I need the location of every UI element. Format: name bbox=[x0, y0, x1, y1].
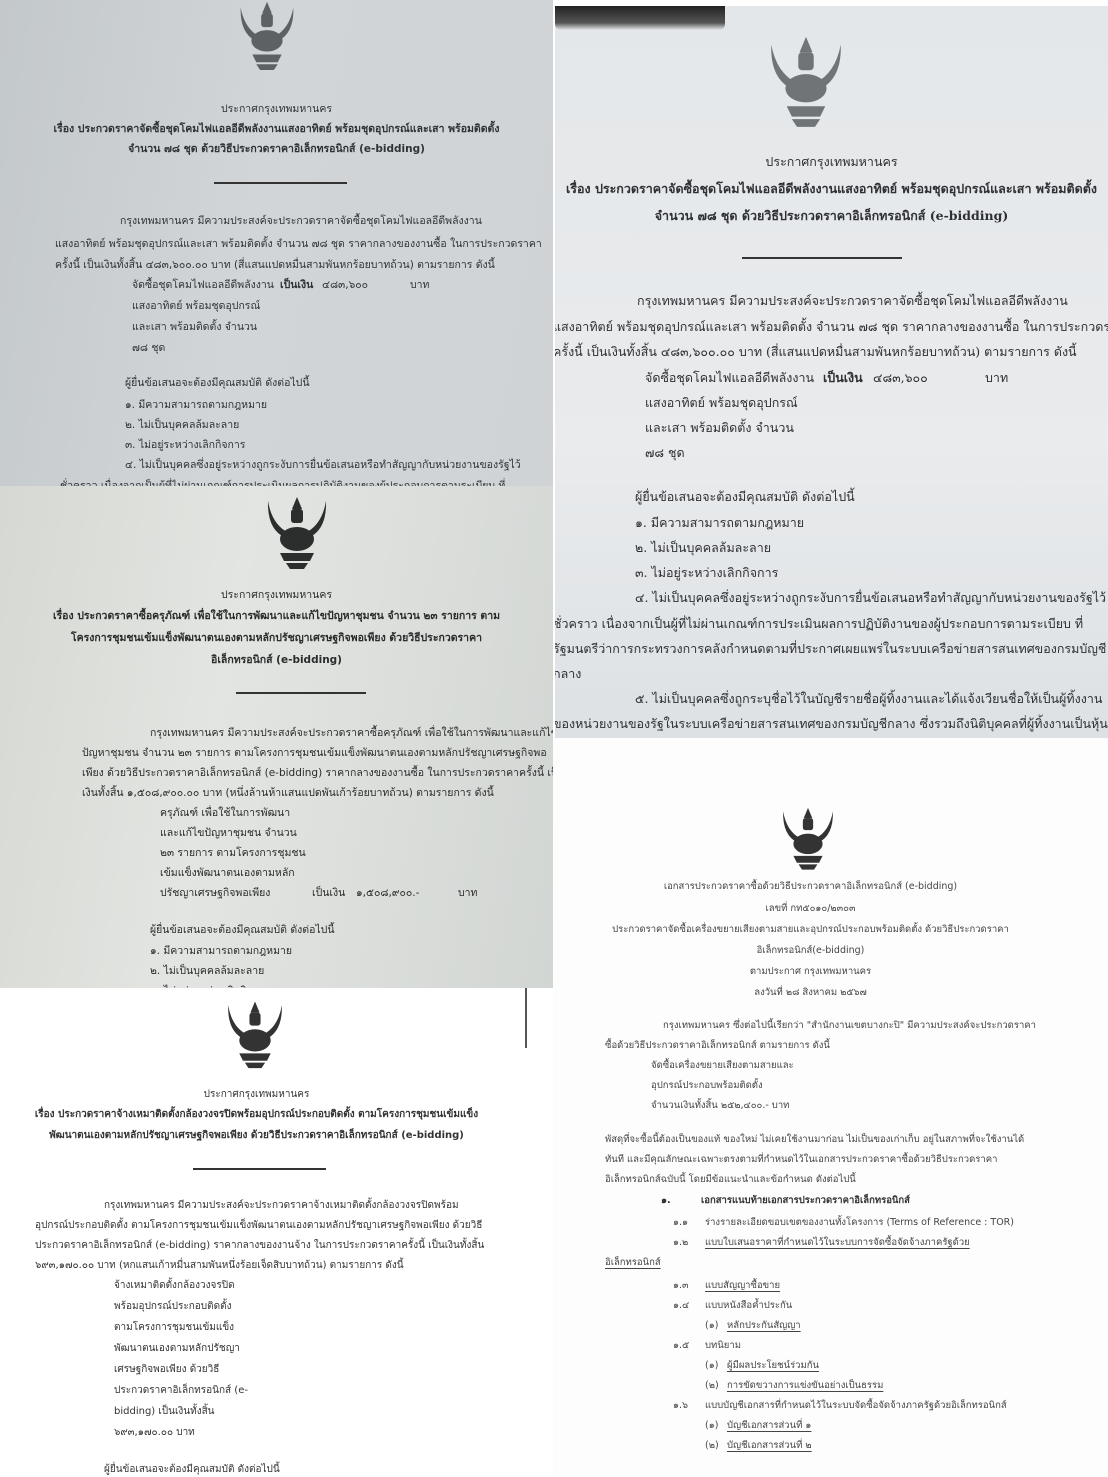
item-line: เข้มแข็งพัฒนาตนเองตามหลัก bbox=[160, 864, 295, 881]
subject-line: อิเล็กทรอนิกส์ (e-bidding) bbox=[0, 651, 553, 668]
divider bbox=[193, 1168, 326, 1170]
item-line: แสงอาทิตย์ พร้อมชุดอุปกรณ์ bbox=[645, 393, 798, 413]
item-line: จ้างเหมาติดตั้งกล้องวงจรปิด bbox=[114, 1278, 235, 1293]
qualification-item: กลาง bbox=[555, 664, 581, 684]
amount-label: เป็นเงิน bbox=[823, 368, 863, 388]
qualification-heading: ผู้ยื่นข้อเสนอจะต้องมีคุณสมบัติ ดังต่อไป… bbox=[125, 374, 310, 391]
announcement-title: ประกาศกรุงเทพมหานคร bbox=[0, 586, 553, 603]
section-number: ๑. bbox=[661, 1193, 671, 1208]
divider bbox=[214, 182, 347, 184]
body-line: กรุงเทพมหานคร มีความประสงค์จะประกวดราคาจ… bbox=[120, 212, 482, 229]
toc-number: ๑.๓ bbox=[673, 1278, 689, 1293]
document-date: ลงวันที่ ๒๘ สิงหาคม ๒๕๖๗ bbox=[553, 985, 1088, 1000]
document-header-title: เอกสารประกวดราคาซื้อด้วยวิธีประกวดราคาอิ… bbox=[553, 879, 1088, 894]
toc-number: ๑.๖ bbox=[673, 1398, 688, 1413]
item-line: และเสา พร้อมติดตั้ง จำนวน bbox=[645, 418, 794, 438]
total-amount: จำนวนเงินทั้งสิ้น ๒๕๒,๔๐๐.- บาท bbox=[651, 1098, 789, 1113]
qualification-item: รัฐมนตรีว่าการกระทรวงการคลังกำหนดตามที่ป… bbox=[555, 639, 1106, 659]
item-line: ตามโครงการชุมชนเข้มแข็ง bbox=[114, 1320, 234, 1335]
paragraph-line: พัสดุที่จะซื้อนี้ต้องเป็นของแท้ ของใหม่ … bbox=[605, 1132, 1024, 1147]
amount-value: ๔๘๓,๖๐๐ bbox=[873, 368, 928, 388]
document-subject: อิเล็กทรอนิกส์(e-bidding) bbox=[553, 943, 1088, 958]
item-line: ๖๙๓,๑๗๐.๐๐ บาท bbox=[114, 1425, 195, 1440]
document-subject: ประกวดราคาจัดซื้อเครื่องขยายเสียงตามสายแ… bbox=[553, 922, 1088, 937]
item-line: จัดซื้อชุดโคมไฟแอลอีดีพลังงาน bbox=[645, 368, 814, 388]
garuda-emblem-icon bbox=[232, 0, 302, 72]
toc-item: หลักประกันสัญญา bbox=[727, 1318, 801, 1333]
document-photo-solar-lamp-2: ประกาศกรุงเทพมหานคร เรื่อง ประกวดราคาจัด… bbox=[555, 6, 1108, 738]
garuda-emblem-icon bbox=[220, 996, 290, 1070]
body-line: ประกวดราคาอิเล็กทรอนิกส์ (e-bidding) ราค… bbox=[35, 1238, 484, 1253]
toc-item: อิเล็กทรอนิกส์ bbox=[605, 1255, 661, 1270]
subject-line: พัฒนาตนเองตามหลักปรัชญาเศรษฐกิจพอเพียง ด… bbox=[0, 1128, 533, 1143]
item-line: จัดซื้อเครื่องขยายเสียงตามสายและ bbox=[651, 1058, 794, 1073]
body-line: กรุงเทพมหานคร ซึ่งต่อไปนี้เรียกว่า "สำนั… bbox=[663, 1018, 1036, 1033]
qualification-heading: ผู้ยื่นข้อเสนอจะต้องมีคุณสมบัติ ดังต่อไป… bbox=[635, 487, 855, 507]
amount-label: เป็นเงิน bbox=[280, 276, 313, 293]
document-reference: ตามประกาศ กรุงเทพมหานคร bbox=[553, 964, 1088, 979]
item-line: พัฒนาตนเองตามหลักปรัชญา bbox=[114, 1341, 240, 1356]
announcement-title: ประกาศกรุงเทพมหานคร bbox=[555, 152, 1108, 172]
subject-line: เรื่อง ประกวดราคาจ้างเหมาติดตั้งกล้องวงจ… bbox=[0, 1107, 533, 1122]
amount-value: ๑,๕๐๘,๙๐๐.- bbox=[356, 884, 419, 901]
body-line: แสงอาทิตย์ พร้อมชุดอุปกรณ์และเสา พร้อมติ… bbox=[55, 235, 542, 252]
body-line: เพียง ด้วยวิธีประกวดราคาอิเล็กทรอนิกส์ (… bbox=[82, 764, 553, 781]
scan-artifact bbox=[525, 988, 527, 1048]
item-line: bidding) เป็นเงินทั้งสิ้น bbox=[114, 1404, 215, 1419]
divider bbox=[236, 692, 366, 694]
qualification-item: ๔. ไม่เป็นบุคคลซึ่งอยู่ระหว่างถูกระงับกา… bbox=[635, 588, 1106, 608]
subject-line: จำนวน ๗๘ ชุด ด้วยวิธีประกวดราคาอิเล็กทรอ… bbox=[0, 140, 553, 157]
toc-item: แบบใบเสนอราคาที่กำหนดไว้ในระบบการจัดซื้อ… bbox=[705, 1235, 970, 1250]
qualification-item: ของหน่วยงานของรัฐในระบบเครือข่ายสารสนเทศ… bbox=[555, 714, 1108, 734]
item-line: เศรษฐกิจพอเพียง ด้วยวิธี bbox=[114, 1362, 219, 1377]
toc-number: ๑.๒ bbox=[673, 1235, 688, 1250]
qualification-item: ๑. มีความสามารถตามกฎหมาย bbox=[125, 396, 267, 413]
qualification-item: ๒. ไม่เป็นบุคคลล้มละลาย bbox=[125, 416, 239, 433]
item-line: จัดซื้อชุดโคมไฟแอลอีดีพลังงาน bbox=[132, 276, 274, 293]
document-scan-cctv: ประกาศกรุงเทพมหานคร เรื่อง ประกวดราคาจ้า… bbox=[0, 988, 553, 1477]
qualification-item: ๓. ไม่อยู่ระหว่างเลิกกิจการ bbox=[635, 563, 778, 583]
toc-number: ๑.๑ bbox=[673, 1215, 688, 1230]
document-photo-equipment: ประกาศกรุงเทพมหานคร เรื่อง ประกวดราคาซื้… bbox=[0, 486, 553, 988]
toc-number: (๑) bbox=[705, 1418, 718, 1433]
toc-number: ๑.๕ bbox=[673, 1338, 689, 1353]
toc-item: แบบหนังสือค้ำประกัน bbox=[705, 1298, 792, 1313]
body-line: ๖๙๓,๑๗๐.๐๐ บาท (หกแสนเก้าหมื่นสามพันหนึ่… bbox=[35, 1258, 404, 1273]
document-number: เลขที่ กท๕๐๑๐/๒๓๐๓ bbox=[553, 901, 1088, 916]
toc-item: แบบบัญชีเอกสารที่กำหนดไว้ในระบบจัดซื้อจั… bbox=[705, 1398, 1007, 1413]
qualification-item: ๒. ไม่เป็นบุคคลล้มละลาย bbox=[635, 538, 771, 558]
body-line: ครั้งนี้ เป็นเงินทั้งสิ้น ๔๘๓,๖๐๐.๐๐ บาท… bbox=[55, 256, 495, 273]
toc-number: (๑) bbox=[705, 1318, 718, 1333]
toc-item: บัญชีเอกสารส่วนที่ ๒ bbox=[727, 1438, 812, 1453]
qualification-item: ๕. ไม่เป็นบุคคลซึ่งถูกระบุชื่อไว้ในบัญชี… bbox=[635, 689, 1102, 709]
qualification-item: ชั่วคราว เนื่องจากเป็นผู้ที่ไม่ผ่านเกณฑ์… bbox=[555, 614, 1083, 634]
item-line: และเสา พร้อมติดตั้ง จำนวน bbox=[132, 318, 257, 335]
toc-item: บัญชีเอกสารส่วนที่ ๑ bbox=[727, 1418, 811, 1433]
qualification-item: ๓. ไม่อยู่ระหว่างเลิกกิจการ bbox=[125, 436, 245, 453]
toc-number: (๒) bbox=[705, 1438, 719, 1453]
currency-label: บาท bbox=[985, 368, 1008, 388]
item-line: พร้อมอุปกรณ์ประกอบติดตั้ง bbox=[114, 1299, 231, 1314]
amount-label: เป็นเงิน bbox=[312, 884, 345, 901]
announcement-title: ประกาศกรุงเทพมหานคร bbox=[0, 100, 553, 117]
qualification-item: ๑. มีความสามารถตามกฎหมาย bbox=[635, 513, 804, 533]
body-line: กรุงเทพมหานคร มีความประสงค์จะประกวดราคาจ… bbox=[637, 291, 1068, 311]
section-title: เอกสารแนบท้ายเอกสารประกวดราคาอิเล็กทรอนิ… bbox=[701, 1193, 910, 1208]
item-line: แสงอาทิตย์ พร้อมชุดอุปกรณ์ bbox=[132, 297, 260, 314]
item-line: ปรัชญาเศรษฐกิจพอเพียง bbox=[160, 884, 270, 901]
toc-item: ร่างรายละเอียดขอบเขตของงานทั้งโครงการ (T… bbox=[705, 1215, 1014, 1230]
item-line: และแก้ไขปัญหาชุมชน จำนวน bbox=[160, 824, 297, 841]
currency-label: บาท bbox=[458, 884, 477, 901]
item-line: อุปกรณ์ประกอบพร้อมติดตั้ง bbox=[651, 1078, 763, 1093]
subject-line: เรื่อง ประกวดราคาซื้อครุภัณฑ์ เพื่อใช้ใน… bbox=[0, 607, 553, 624]
item-line: ๒๓ รายการ ตามโครงการชุมชน bbox=[160, 844, 306, 861]
currency-label: บาท bbox=[410, 276, 429, 293]
toc-item: บทนิยาม bbox=[705, 1338, 741, 1353]
item-line: ๗๘ ชุด bbox=[132, 339, 165, 356]
amount-value: ๔๘๓,๖๐๐ bbox=[322, 276, 368, 293]
garuda-emblem-icon bbox=[761, 26, 851, 130]
toc-number: ๑.๔ bbox=[673, 1298, 689, 1313]
subject-line: จำนวน ๗๘ ชุด ด้วยวิธีประกวดราคาอิเล็กทรอ… bbox=[555, 206, 1108, 226]
announcement-title: ประกาศกรุงเทพมหานคร bbox=[0, 1087, 533, 1102]
document-scan-amplifier: เอกสารประกวดราคาซื้อด้วยวิธีประกวดราคาอิ… bbox=[553, 738, 1108, 1477]
body-line: เงินทั้งสิ้น ๑,๕๐๘,๙๐๐.๐๐ บาท (หนึ่งล้าน… bbox=[82, 784, 494, 801]
item-line: ๗๘ ชุด bbox=[645, 443, 685, 463]
garuda-emblem-icon bbox=[778, 798, 838, 876]
paragraph-line: อิเล็กทรอนิกส์ฉบับนี้ โดยมีข้อแนะนำและข้… bbox=[605, 1172, 856, 1187]
binder-clip bbox=[555, 6, 725, 30]
item-line: ครุภัณฑ์ เพื่อใช้ในการพัฒนา bbox=[160, 804, 290, 821]
qualification-heading: ผู้ยื่นข้อเสนอจะต้องมีคุณสมบัติ ดังต่อไป… bbox=[104, 1462, 280, 1477]
garuda-emblem-icon bbox=[262, 490, 332, 572]
toc-number: (๑) bbox=[705, 1358, 718, 1373]
qualification-item: ๒. ไม่เป็นบุคคลล้มละลาย bbox=[150, 962, 264, 979]
toc-item: ผู้มีผลประโยชน์ร่วมกัน bbox=[727, 1358, 819, 1373]
subject-line: โครงการชุมชนเข้มแข็งพัฒนาตนเองตามหลักปรั… bbox=[0, 629, 553, 646]
qualification-heading: ผู้ยื่นข้อเสนอจะต้องมีคุณสมบัติ ดังต่อไป… bbox=[150, 921, 335, 938]
body-line: กรุงเทพมหานคร มีความประสงค์จะประกวดราคาจ… bbox=[104, 1198, 459, 1213]
body-line: อุปกรณ์ประกอบติดตั้ง ตามโครงการชุมชนเข้ม… bbox=[35, 1218, 482, 1233]
document-photo-solar-lamp-1: ประกาศกรุงเทพมหานคร เรื่อง ประกวดราคาจัด… bbox=[0, 0, 553, 486]
subject-line: เรื่อง ประกวดราคาจัดซื้อชุดโคมไฟแอลอีดีพ… bbox=[0, 120, 553, 137]
subject-line: เรื่อง ประกวดราคาจัดซื้อชุดโคมไฟแอลอีดีพ… bbox=[555, 179, 1108, 199]
body-line: แสงอาทิตย์ พร้อมชุดอุปกรณ์และเสา พร้อมติ… bbox=[555, 317, 1108, 337]
qualification-item: ๔. ไม่เป็นบุคคลซึ่งอยู่ระหว่างถูกระงับกา… bbox=[125, 456, 521, 473]
divider bbox=[742, 257, 902, 259]
qualification-item: ชั่วคราว เนื่องจากเป็นผู้ที่ไม่ผ่านเกณฑ์… bbox=[60, 477, 505, 486]
body-line: ซื้อด้วยวิธีประกวดราคาอิเล็กทรอนิกส์ ตาม… bbox=[605, 1038, 830, 1053]
toc-number: (๒) bbox=[705, 1378, 719, 1393]
body-line: กรุงเทพมหานคร มีความประสงค์จะประกวดราคาซ… bbox=[150, 724, 553, 741]
body-line: ครั้งนี้ เป็นเงินทั้งสิ้น ๔๘๓,๖๐๐.๐๐ บาท… bbox=[555, 342, 1077, 362]
body-line: ปัญหาชุมชน จำนวน ๒๓ รายการ ตามโครงการชุม… bbox=[82, 744, 547, 761]
item-line: ประกวดราคาอิเล็กทรอนิกส์ (e- bbox=[114, 1383, 248, 1398]
qualification-item: ๑. มีความสามารถตามกฎหมาย bbox=[150, 942, 292, 959]
toc-item: การขัดขวางการแข่งขันอย่างเป็นธรรม bbox=[727, 1378, 883, 1393]
toc-item: แบบสัญญาซื้อขาย bbox=[705, 1278, 780, 1293]
paragraph-line: ทันที และมีคุณลักษณะเฉพาะตรงตามที่กำหนดไ… bbox=[605, 1152, 997, 1167]
